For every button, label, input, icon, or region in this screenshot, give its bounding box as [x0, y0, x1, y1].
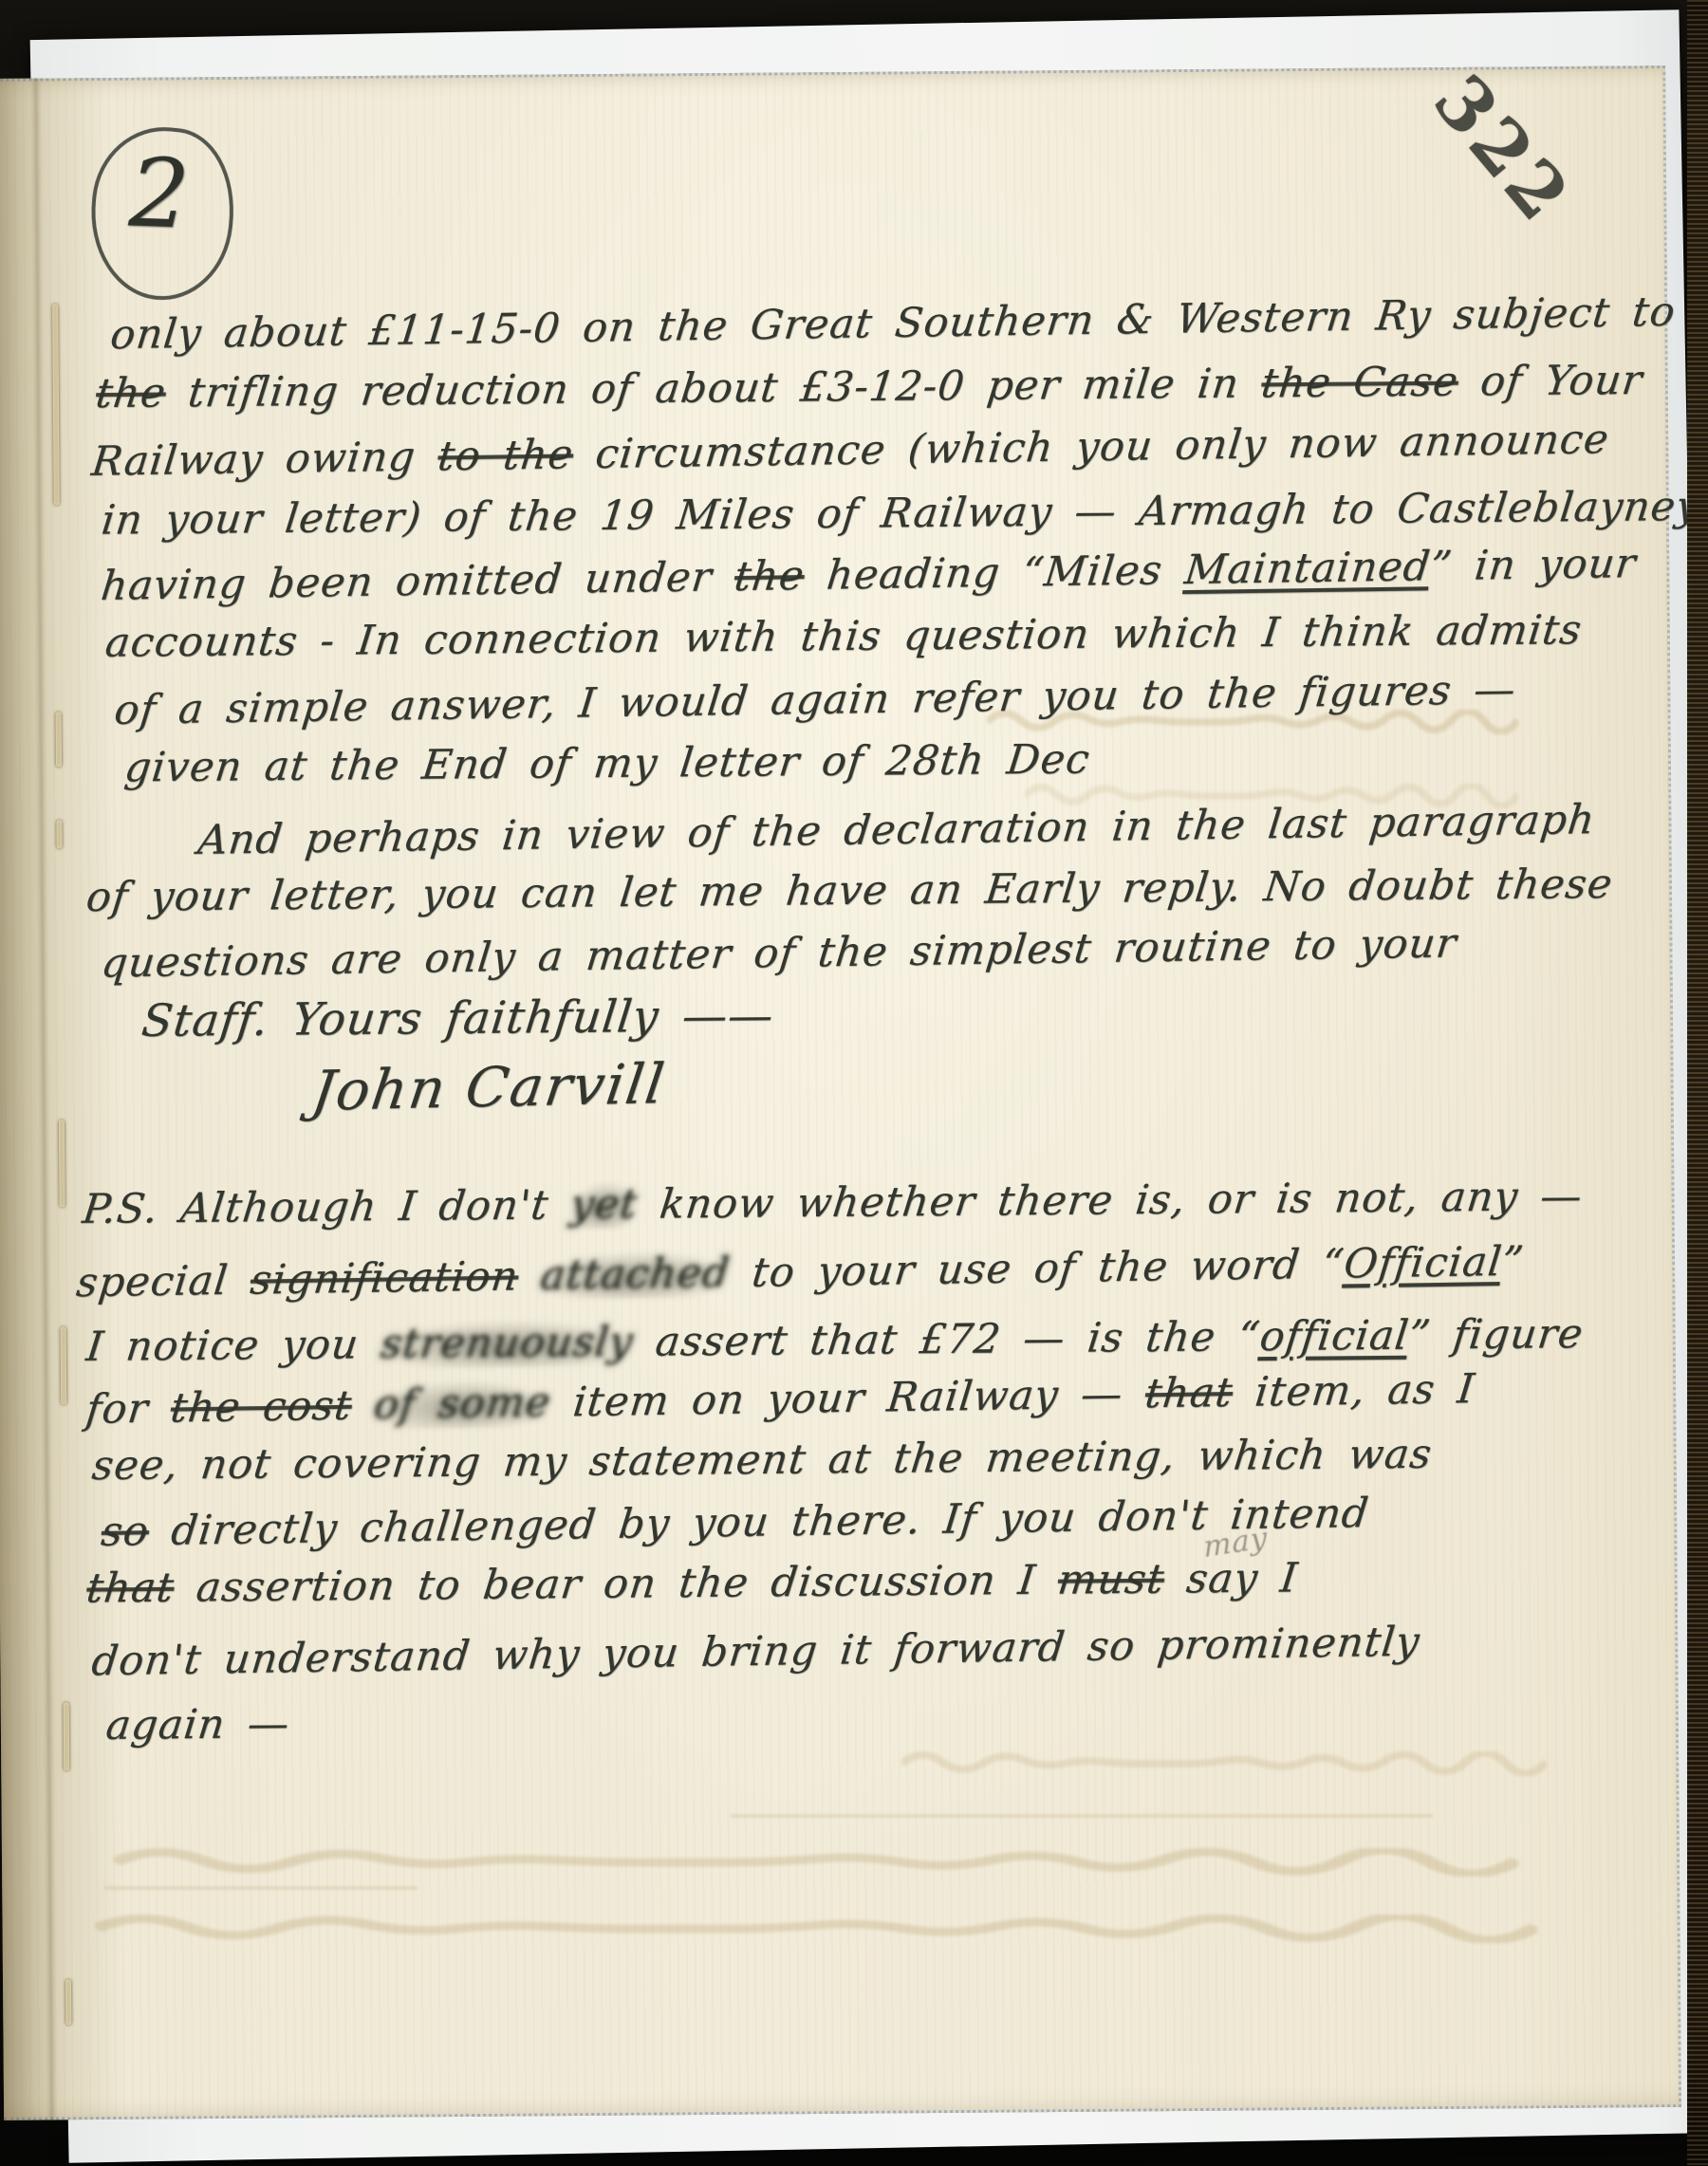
letter-text-segment: the cost — [168, 1382, 354, 1433]
letter-text-segment: must — [1055, 1556, 1167, 1604]
letter-text-segment: don't understand why you bring it forwar… — [89, 1619, 1422, 1686]
letter-text-segment: that — [1142, 1369, 1235, 1417]
letter-text-segment: item, as I — [1230, 1365, 1476, 1416]
handwritten-text: only about £11-15-0 on the Great Souther… — [0, 0, 1708, 2166]
letter-text-segment: again — — [103, 1700, 292, 1749]
letter-text-segment: Staff. Yours faithfully —— — [139, 990, 777, 1047]
letter-text-segment: assertion to bear on the discussion I — [172, 1557, 1061, 1612]
postscript-line: don't understand why you bring it forwar… — [89, 1620, 1421, 1685]
letter-text-segment: to your use of the word “ — [727, 1241, 1346, 1298]
letter-text-segment: of your letter, you can let me have an E… — [84, 861, 1615, 921]
letter-text-segment: special — [74, 1257, 253, 1307]
letter-text-segment: see, not covering my statement at the me… — [89, 1431, 1434, 1490]
letter-line: of a simple answer, I would again refer … — [112, 668, 1518, 733]
letter-text-segment: Maintained — [1182, 543, 1433, 594]
letter-text-segment: only about £11-15-0 on the Great Souther… — [108, 288, 1678, 359]
letter-line: Railway owing to the circumstance (which… — [89, 417, 1611, 485]
postscript-line: so directly challenged by you there. If … — [99, 1491, 1371, 1555]
letter-text-segment: P.S. Although I don't — [80, 1181, 573, 1232]
letter-text-segment: item on your Railway — — [548, 1370, 1148, 1426]
letter-text-segment: in your letter) of the 19 Miles of Railw… — [99, 482, 1708, 544]
letter-text-segment: assert that £72 — is the “ — [630, 1313, 1262, 1366]
signature: John Carvill — [308, 1051, 670, 1123]
postscript-line: P.S. Although I don't yet know whether t… — [80, 1175, 1585, 1232]
letter-line: of your letter, you can let me have an E… — [84, 862, 1615, 920]
letter-line: given at the End of my letter of 28th De… — [122, 738, 1092, 791]
book-edge — [1687, 0, 1708, 2166]
letter-text-segment: say I — [1161, 1554, 1300, 1602]
letter-text-segment: Official — [1342, 1238, 1505, 1287]
letter-line: And perhaps in view of the declaration i… — [195, 798, 1597, 863]
letter-text-segment: so — [99, 1508, 151, 1556]
letter-text-segment: directly challenged by you there. If you… — [146, 1490, 1371, 1555]
letter-text-segment: that — [84, 1564, 177, 1613]
letter-text-segment: signification — [248, 1252, 521, 1304]
letter-text-segment: trifling reduction of about £3-12-0 per … — [163, 360, 1264, 417]
letter-line: accounts - In connection with this quest… — [102, 608, 1584, 666]
letter-text-segment: attached — [538, 1250, 732, 1300]
letter-text-segment: ” figure — [1406, 1310, 1586, 1360]
letter-text-segment: And perhaps in view of the declaration i… — [195, 796, 1597, 864]
letter-line: in your letter) of the 19 Miles of Railw… — [99, 484, 1708, 544]
letter-text-segment: strenuously — [379, 1319, 636, 1368]
postscript-line: again — — [103, 1702, 292, 1749]
letter-text-segment: yet — [568, 1181, 640, 1230]
letter-text-segment: circumstance (which you only now announc… — [570, 416, 1611, 478]
letter-text-segment: the — [93, 369, 168, 417]
letter-text-segment: questions are only a matter of the simpl… — [99, 919, 1459, 987]
letter-text-segment: to the — [436, 431, 576, 480]
letter-line: the trifling reduction of about £3-12-0 … — [93, 359, 1644, 417]
letter-text-segment: given at the End of my letter of 28th De… — [122, 736, 1093, 792]
letter-text-segment: having been omitted under — [99, 553, 737, 610]
postscript-line: see, not covering my statement at the me… — [90, 1433, 1435, 1490]
letter-line: only about £11-15-0 on the Great Souther… — [108, 290, 1678, 359]
letter-text-segment: of a simple answer, I would again refer … — [112, 666, 1518, 734]
letter-closing-line: Staff. Yours faithfully —— — [139, 991, 777, 1046]
letter-text-segment: heading “Miles — [802, 546, 1187, 600]
postscript-line: that assertion to bear on the discussion… — [84, 1556, 1300, 1611]
letter-text-segment: I notice you — [84, 1321, 383, 1371]
letter-text-segment: Railway owing — [89, 433, 440, 485]
leaf-number: 2 — [127, 137, 192, 250]
letter-text-segment: official — [1257, 1312, 1412, 1361]
letter-line: questions are only a matter of the simpl… — [99, 921, 1458, 986]
postscript-line: for the cost of some item on your Railwa… — [84, 1367, 1476, 1433]
letter-text-segment: the Case — [1259, 359, 1461, 408]
postscript-line: special signification attached to your u… — [74, 1240, 1526, 1306]
letter-text-segment: ” in your — [1428, 540, 1639, 590]
scanned-letter-page: 322 2 only about £11-15-0 on the Great S… — [0, 0, 1708, 2166]
letter-line: having been omitted under the heading “M… — [99, 542, 1639, 609]
letter-text-segment: of Your — [1456, 357, 1645, 406]
letter-text-segment: of some — [372, 1379, 553, 1430]
letter-text-segment: know whether there is, or is not, any — — [635, 1173, 1585, 1229]
letter-text-segment: accounts - In connection with this quest… — [102, 606, 1584, 667]
letter-text-segment: ” — [1499, 1238, 1526, 1286]
letter-text-segment: the — [732, 552, 807, 601]
letter-text-segment: for — [84, 1385, 174, 1434]
postscript-line: I notice you strenuously assert that £72… — [84, 1312, 1586, 1370]
